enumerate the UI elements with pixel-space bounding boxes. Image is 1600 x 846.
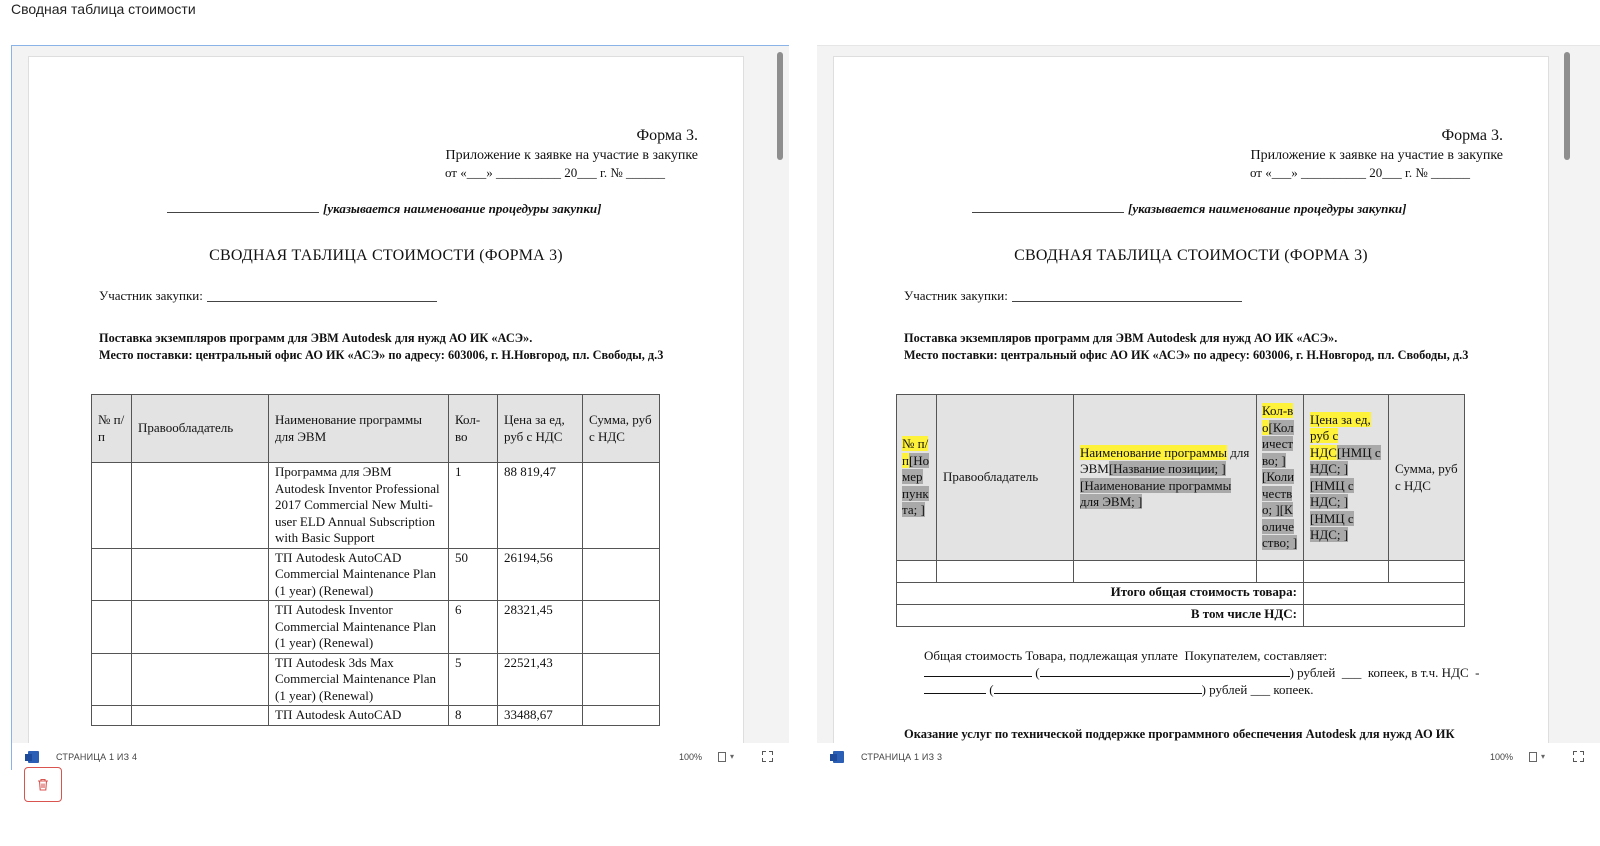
header-qty: Кол-во — [449, 395, 498, 463]
header-sum: Сумма, руб с НДС — [583, 395, 660, 463]
document-page: Форма 3. Приложение к заявке на участие … — [833, 56, 1549, 744]
status-bar: СТРАНИЦА 1 ИЗ 3 100% ▾ — [817, 743, 1600, 770]
cell-qty: 6 — [449, 601, 498, 654]
date-line: от «___» __________ 20___ г. № ______ — [445, 165, 665, 181]
cell-qty: 1 — [449, 463, 498, 549]
delivery-info: Поставка экземпляров программ для ЭВМ Au… — [904, 330, 1514, 364]
header-qty: Кол-во[Количество; ][Количество; ][Колич… — [1257, 395, 1304, 561]
header-price: Цена за ед, руб с НДС[НМЦ с НДС; ][НМЦ с… — [1304, 395, 1389, 561]
chevron-down-icon: ▾ — [1541, 752, 1545, 761]
cell-price: 28321,45 — [498, 601, 583, 654]
header-number: № п/п — [92, 395, 132, 463]
page-layout-icon — [718, 752, 726, 762]
document-area[interactable]: Форма 3. Приложение к заявке на участие … — [817, 46, 1600, 744]
date-line: от «___» __________ 20___ г. № ______ — [1250, 165, 1470, 181]
form-label: Форма 3. — [636, 127, 698, 145]
cell-price: 22521,43 — [498, 653, 583, 706]
vertical-scrollbar[interactable] — [1564, 52, 1570, 160]
vertical-scrollbar[interactable] — [777, 52, 783, 160]
table-row: ТП Autodesk 3ds Max Commercial Maintenan… — [92, 653, 660, 706]
cell-holder — [132, 463, 269, 549]
table-row: ТП Autodesk AutoCAD Commercial Maintenan… — [92, 548, 660, 601]
document-viewer-right[interactable]: Форма 3. Приложение к заявке на участие … — [817, 45, 1600, 770]
cell-name: ТП Autodesk AutoCAD Commercial Maintenan… — [269, 548, 449, 601]
cell-num — [92, 548, 132, 601]
header-holder: Правообладатель — [132, 395, 269, 463]
cell-sum — [583, 463, 660, 549]
cell-sum — [583, 706, 660, 726]
word-document-icon — [833, 751, 844, 763]
cell-name: Программа для ЭВМ Autodesk Inventor Prof… — [269, 463, 449, 549]
cell-price: 88 819,47 — [498, 463, 583, 549]
header-name: Наименование программы для ЭВМ[Название … — [1074, 395, 1257, 561]
document-page: Форма 3. Приложение к заявке на участие … — [28, 56, 744, 744]
cell-holder — [132, 601, 269, 654]
document-area[interactable]: Форма 3. Приложение к заявке на участие … — [12, 46, 789, 744]
cell-num — [92, 463, 132, 549]
page-counter: СТРАНИЦА 1 ИЗ 3 — [861, 752, 942, 762]
appendix-line: Приложение к заявке на участие в закупке — [445, 148, 698, 164]
page-layout-button[interactable]: ▾ — [1529, 752, 1545, 762]
services-heading: Оказание услуг по технической поддержке … — [904, 727, 1455, 742]
cell-num — [92, 601, 132, 654]
vat-row: В том числе НДС: — [897, 605, 1465, 627]
chevron-down-icon: ▾ — [730, 752, 734, 761]
total-label: Итого общая стоимость товара: — [897, 583, 1304, 605]
cell-holder — [132, 653, 269, 706]
header-name: Наименование программы для ЭВМ — [269, 395, 449, 463]
table-row: ТП Autodesk Inventor Commercial Maintena… — [92, 601, 660, 654]
header-sum: Сумма, руб с НДС — [1389, 395, 1465, 561]
cell-price: 26194,56 — [498, 548, 583, 601]
cell-num — [92, 706, 132, 726]
fullscreen-button[interactable] — [1573, 751, 1584, 762]
cell-holder — [132, 548, 269, 601]
page-layout-button[interactable]: ▾ — [718, 752, 734, 762]
table-row: Программа для ЭВМ Autodesk Inventor Prof… — [92, 463, 660, 549]
participant-line: Участник закупки: — [99, 288, 437, 304]
cost-table: № п/п Правообладатель Наименование прогр… — [91, 394, 660, 726]
cell-qty: 8 — [449, 706, 498, 726]
cell-name: ТП Autodesk Inventor Commercial Maintena… — [269, 601, 449, 654]
cell-name: ТП Autodesk 3ds Max Commercial Maintenan… — [269, 653, 449, 706]
cell-num — [92, 653, 132, 706]
cell-price: 33488,67 — [498, 706, 583, 726]
word-document-icon — [28, 751, 39, 763]
cell-sum — [583, 653, 660, 706]
appendix-line: Приложение к заявке на участие в закупке — [1250, 148, 1503, 164]
cell-sum — [583, 601, 660, 654]
cell-name: ТП Autodesk AutoCAD — [269, 706, 449, 726]
trash-icon — [37, 778, 49, 791]
document-viewer-left[interactable]: Форма 3. Приложение к заявке на участие … — [11, 45, 789, 770]
participant-line: Участник закупки: — [904, 288, 1242, 304]
vat-label: В том числе НДС: — [897, 605, 1304, 627]
delete-button[interactable] — [24, 767, 62, 802]
delivery-info: Поставка экземпляров программ для ЭВМ Au… — [99, 330, 709, 364]
total-cost-text: Общая стоимость Товара, подлежащая уплат… — [924, 647, 1479, 698]
page-counter: СТРАНИЦА 1 ИЗ 4 — [56, 752, 137, 762]
document-heading: СВОДНАЯ ТАБЛИЦА СТОИМОСТИ (ФОРМА 3) — [834, 247, 1548, 265]
cell-holder — [132, 706, 269, 726]
table-header-row: № п/п Правообладатель Наименование прогр… — [92, 395, 660, 463]
status-bar: СТРАНИЦА 1 ИЗ 4 100% ▾ — [12, 743, 789, 770]
header-number: № п/п[Номер пункта; ] — [897, 395, 937, 561]
procedure-note: [указывается наименование процедуры заку… — [972, 201, 1407, 217]
zoom-level[interactable]: 100% — [1490, 752, 1513, 762]
header-price: Цена за ед, руб с НДС — [498, 395, 583, 463]
table-row — [897, 561, 1465, 583]
cell-sum — [583, 548, 660, 601]
page-title: Сводная таблица стоимости — [11, 1, 196, 17]
table-header-row: № п/п[Номер пункта; ] Правообладатель На… — [897, 395, 1465, 561]
cell-qty: 5 — [449, 653, 498, 706]
form-label: Форма 3. — [1441, 127, 1503, 145]
fullscreen-button[interactable] — [762, 751, 773, 762]
header-holder: Правообладатель — [937, 395, 1074, 561]
table-row: ТП Autodesk AutoCAD833488,67 — [92, 706, 660, 726]
procedure-note: [указывается наименование процедуры заку… — [167, 201, 602, 217]
cost-table-template: № п/п[Номер пункта; ] Правообладатель На… — [896, 394, 1465, 627]
cell-qty: 50 — [449, 548, 498, 601]
page-layout-icon — [1529, 752, 1537, 762]
total-row: Итого общая стоимость товара: — [897, 583, 1465, 605]
document-heading: СВОДНАЯ ТАБЛИЦА СТОИМОСТИ (ФОРМА 3) — [29, 247, 743, 265]
zoom-level[interactable]: 100% — [679, 752, 702, 762]
